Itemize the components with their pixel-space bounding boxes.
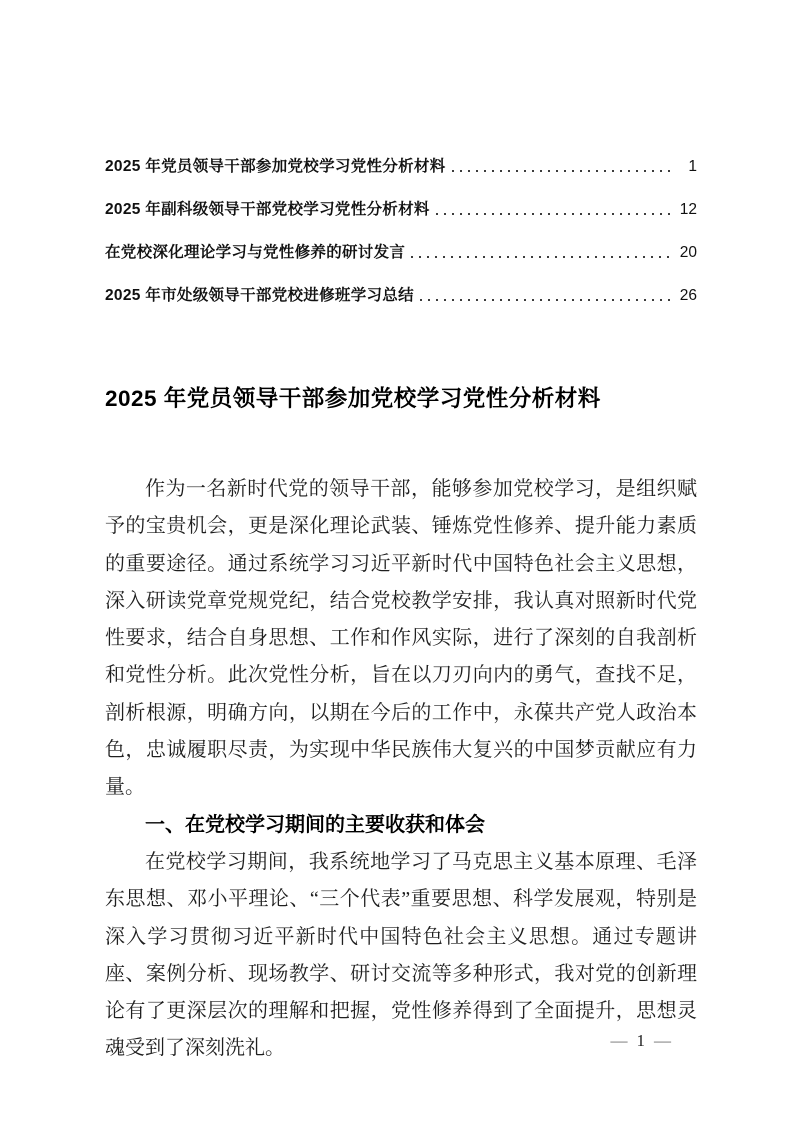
intro-paragraph: 作为一名新时代党的领导干部，能够参加党校学习，是组织赋予的宝贵机会，更是深化理论… — [105, 471, 697, 807]
toc-dot-leader — [452, 170, 675, 172]
toc-entry-page-number: 12 — [679, 201, 697, 218]
toc-entry-page-number: 20 — [679, 244, 697, 261]
toc-dot-leader — [411, 256, 674, 258]
section-1-paragraph: 在党校学习期间，我系统地学习了马克思主义基本原理、毛泽东思想、邓小平理论、“三个… — [105, 844, 697, 1068]
footer-left-dash: — — [611, 1031, 628, 1051]
toc-dot-leader — [436, 213, 674, 215]
toc-entry-label: 在党校深化理论学习与党性修养的研讨发言 — [105, 244, 405, 261]
page-footer: — 1 — — [611, 1031, 672, 1051]
toc-entry-1[interactable]: 2025 年党员领导干部参加党校学习党性分析材料 1 — [105, 158, 697, 175]
article-body: 作为一名新时代党的领导干部，能够参加党校学习，是组织赋予的宝贵机会，更是深化理论… — [105, 471, 697, 1068]
toc-entry-label: 2025 年市处级领导干部党校进修班学习总结 — [105, 287, 414, 304]
footer-page-number: 1 — [637, 1031, 646, 1051]
toc-entry-label: 2025 年党员领导干部参加党校学习党性分析材料 — [105, 158, 446, 175]
article-title: 2025 年党员领导干部参加党校学习党性分析材料 — [105, 381, 697, 413]
document-page: 2025 年党员领导干部参加党校学习党性分析材料 1 2025 年副科级领导干部… — [0, 0, 793, 1122]
footer-right-dash: — — [654, 1031, 671, 1051]
toc-entry-2[interactable]: 2025 年副科级领导干部党校学习党性分析材料 12 — [105, 201, 697, 218]
toc-entry-label: 2025 年副科级领导干部党校学习党性分析材料 — [105, 201, 430, 218]
section-heading-1: 一、在党校学习期间的主要收获和体会 — [105, 807, 697, 844]
toc-entry-page-number: 1 — [679, 158, 697, 175]
toc-entry-3[interactable]: 在党校深化理论学习与党性修养的研讨发言 20 — [105, 244, 697, 261]
toc-entry-page-number: 26 — [679, 287, 697, 304]
table-of-contents: 2025 年党员领导干部参加党校学习党性分析材料 1 2025 年副科级领导干部… — [105, 158, 697, 330]
toc-dot-leader — [420, 299, 674, 301]
toc-entry-4[interactable]: 2025 年市处级领导干部党校进修班学习总结 26 — [105, 287, 697, 304]
